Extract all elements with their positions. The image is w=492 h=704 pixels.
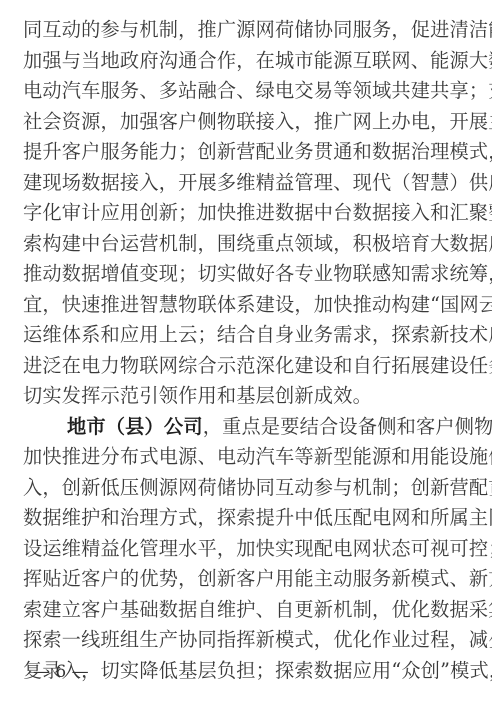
text-line: 设运维精益化管理水平，加快实现配电网状态可视可控；充分发 xyxy=(23,534,465,565)
text-line: 加快推进分布式电源、电动汽车等新型能源和用能设施信息接 xyxy=(23,442,465,473)
document-page: 同互动的参与机制，推广源网荷储协同服务，促进清洁能源消纳； 加强与当地政府沟通合… xyxy=(23,15,465,686)
text-line: 加强与当地政府沟通合作，在城市能源互联网、能源大数据中心、 xyxy=(23,46,465,77)
text-line: 挥贴近客户的优势，创新客户用能主动服务新模式、新方法，探 xyxy=(23,564,465,595)
text-line: 同互动的参与机制，推广源网荷储协同服务，促进清洁能源消纳； xyxy=(23,15,465,46)
text-line: 运维体系和应用上云；结合自身业务需求，探索新技术应用。推 xyxy=(23,320,465,351)
text-line: 进泛在电力物联网综合示范深化建设和自行拓展建设任务实施， xyxy=(23,351,465,382)
text-line: 宜，快速推进智慧物联体系建设，加快推动构建“国网云”新型 xyxy=(23,290,465,321)
text-run: ，重点是要结合设备侧和客户侧物联网建设， xyxy=(203,415,492,438)
text-line: 复录入，切实降低基层负担；探索数据应用“众创”模式，以数 xyxy=(23,656,465,687)
text-line: 入，创新低压侧源网荷储协同互动参与机制；创新营配贯通基础 xyxy=(23,473,465,504)
text-line: 社会资源，加强客户侧物联接入，推广网上办电，开展主动抢修， xyxy=(23,107,465,138)
text-line: 建现场数据接入，开展多维精益管理、现代（智慧）供应链、数 xyxy=(23,168,465,199)
text-line: 索建立客户基础数据自维护、自更新机制，优化数据采集方式； xyxy=(23,595,465,626)
section-lead-heading: 地市（县）公司 xyxy=(67,415,203,438)
text-line: 字化审计应用创新；加快推进数据中台数据接入和汇聚整合，探 xyxy=(23,198,465,229)
text-line: 探索一线班组生产协同指挥新模式，优化作业过程，减少数据重 xyxy=(23,625,465,656)
text-line: 索构建中台运营机制，围绕重点领域，积极培育大数据应用成果， xyxy=(23,229,465,260)
text-line-first: 地市（县）公司，重点是要结合设备侧和客户侧物联网建设， xyxy=(23,412,465,443)
text-line: 推动数据增值变现；切实做好各专业物联感知需求统筹，因地制 xyxy=(23,259,465,290)
paragraph-1: 同互动的参与机制，推广源网荷储协同服务，促进清洁能源消纳； 加强与当地政府沟通合… xyxy=(23,15,465,412)
paragraph-2: 地市（县）公司，重点是要结合设备侧和客户侧物联网建设， 加快推进分布式电源、电动… xyxy=(23,412,465,687)
text-line: 数据维护和治理方式，探索提升中低压配电网和所属主网设备建 xyxy=(23,503,465,534)
text-line: 提升客户服务能力；创新营配业务贯通和数据治理模式，加强基 xyxy=(23,137,465,168)
page-number: — 6 — xyxy=(33,660,89,684)
text-line: 电动汽车服务、多站融合、绿电交易等领域共建共享；充分利用 xyxy=(23,76,465,107)
text-line: 切实发挥示范引领作用和基层创新成效。 xyxy=(23,381,465,412)
